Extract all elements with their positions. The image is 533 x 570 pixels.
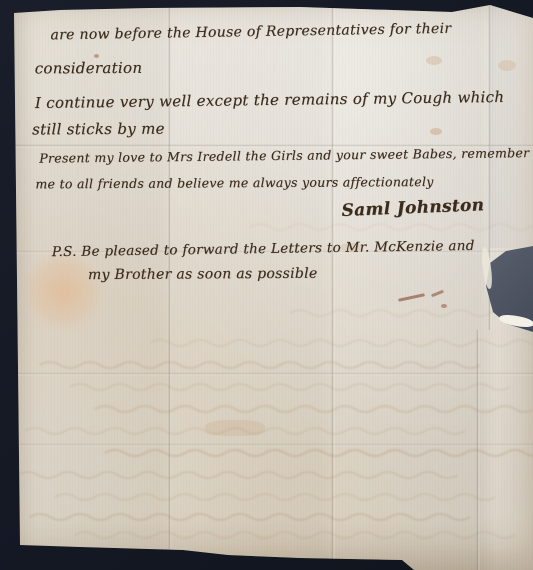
letter-line: are now before the House of Representati…	[50, 21, 451, 44]
letter-line: consideration	[35, 59, 143, 78]
letter-line: me to all friends and believe me always …	[35, 174, 433, 191]
postscript-line: my Brother as soon as possible	[88, 266, 318, 283]
signature: Saml Johnston	[341, 195, 484, 221]
letter-paper: are now before the House of Representati…	[0, 0, 533, 570]
postscript-line: P.S. Be pleased to forward the Letters t…	[52, 238, 475, 260]
letter-line: still sticks by me	[32, 120, 165, 139]
handwritten-text: are now before the House of Representati…	[0, 0, 533, 570]
letter-photograph: are now before the House of Representati…	[0, 0, 533, 570]
letter-line: Present my love to Mrs Iredell the Girls…	[39, 145, 529, 166]
letter-line: I continue very well except the remains …	[35, 88, 505, 112]
